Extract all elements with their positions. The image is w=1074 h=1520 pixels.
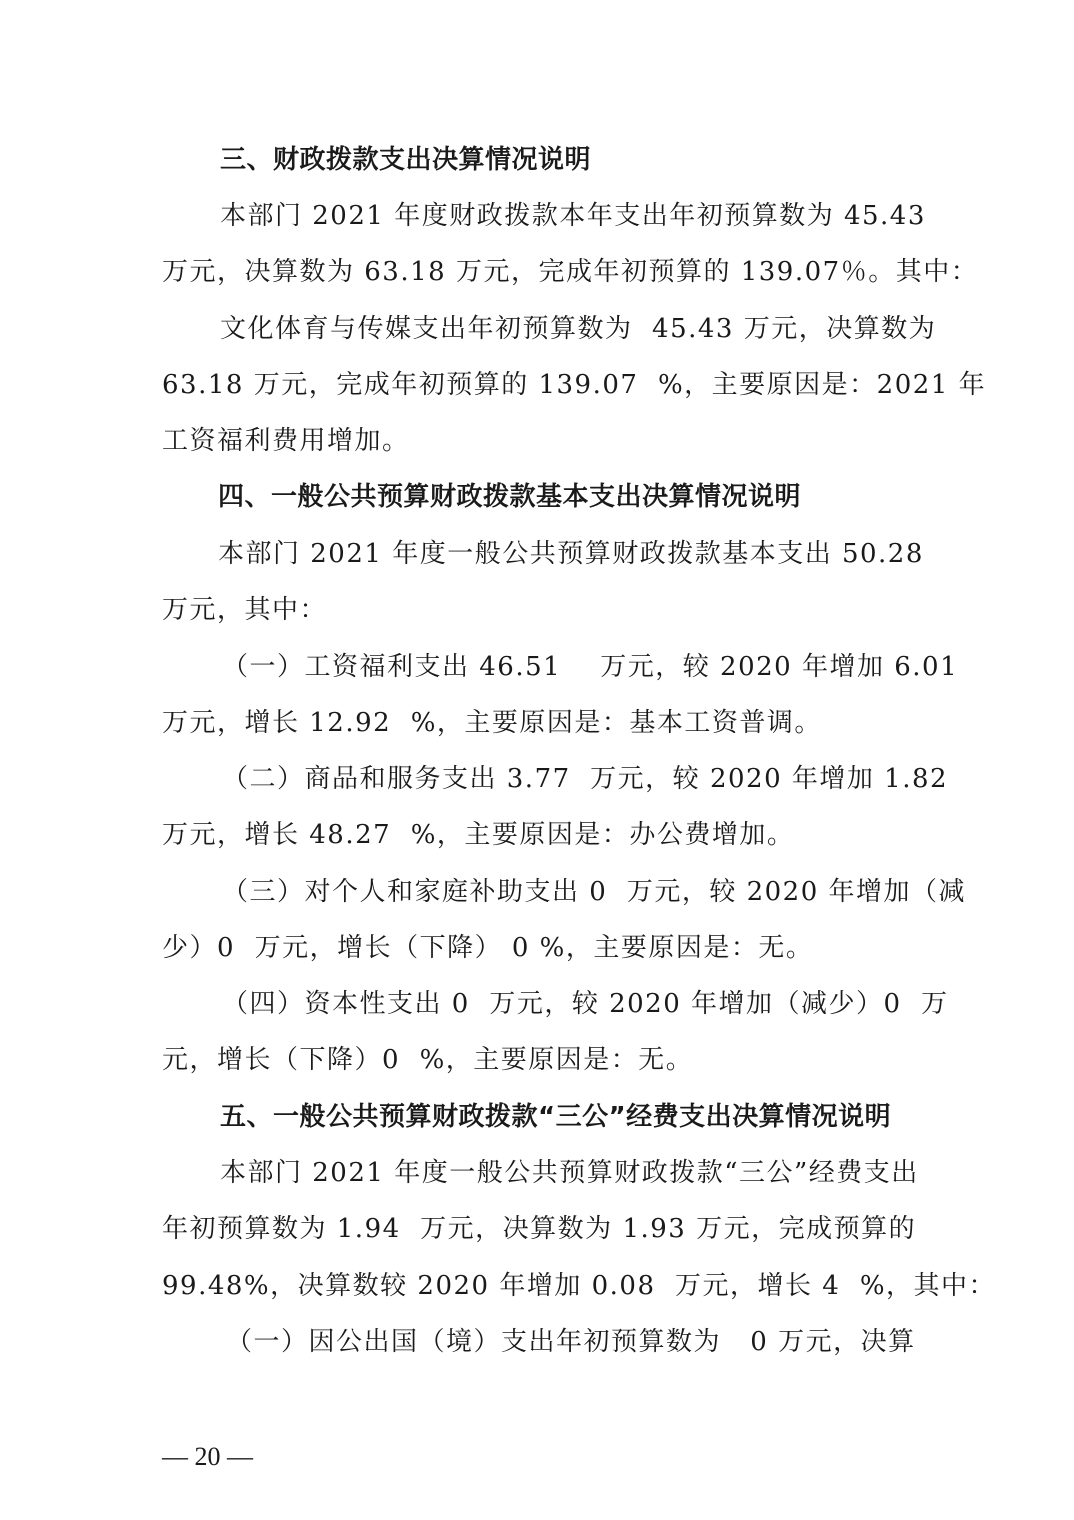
- paragraph-line: 万元，增长 12.92 %，主要原因是：基本工资普调。: [162, 706, 822, 740]
- section-heading-3: 三、财政拨款支出决算情况说明: [220, 143, 591, 177]
- paragraph-line: 63.18 万元，完成年初预算的 139.07 %，主要原因是：2021 年: [162, 368, 986, 402]
- paragraph-line: 文化体育与传媒支出年初预算数为 45.43 万元，决算数为: [220, 312, 936, 346]
- paragraph-line: （四）资本性支出 0 万元，较 2020 年增加（减少）0 万: [222, 987, 949, 1021]
- paragraph-line: 本部门 2021 年度一般公共预算财政拨款基本支出 50.28: [218, 537, 924, 571]
- page-number: — 20 —: [162, 1440, 253, 1474]
- paragraph-line: 本部门 2021 年度一般公共预算财政拨款“三公”经费支出: [220, 1156, 919, 1190]
- section-heading-5: 五、一般公共预算财政拨款“三公”经费支出决算情况说明: [220, 1100, 891, 1134]
- paragraph-line: 工资福利费用增加。: [162, 424, 410, 458]
- paragraph-line: 万元，其中：: [162, 593, 327, 627]
- paragraph-line: （一）因公出国（境）支出年初预算数为 0 万元，决算: [226, 1325, 916, 1359]
- paragraph-line: 万元，决算数为 63.18 万元，完成年初预算的 139.07％。其中：: [162, 255, 978, 289]
- paragraph-line: 万元，增长 48.27 %，主要原因是：办公费增加。: [162, 818, 794, 852]
- paragraph-line: （三）对个人和家庭补助支出 0 万元，较 2020 年增加（减: [222, 875, 966, 909]
- paragraph-line: 少）0 万元，增长（下降） 0 %，主要原因是：无。: [162, 931, 813, 965]
- paragraph-line: （一）工资福利支出 46.51 万元，较 2020 年增加 6.01: [222, 650, 958, 684]
- section-heading-4: 四、一般公共预算财政拨款基本支出决算情况说明: [218, 480, 801, 514]
- paragraph-line: 99.48%，决算数较 2020 年增加 0.08 万元，增长 4 %，其中：: [162, 1269, 996, 1303]
- paragraph-line: 年初预算数为 1.94 万元，决算数为 1.93 万元，完成预算的: [162, 1212, 916, 1246]
- paragraph-line: 元，增长（下降）0 %，主要原因是：无。: [162, 1043, 693, 1077]
- paragraph-line: 本部门 2021 年度财政拨款本年支出年初预算数为 45.43: [220, 199, 926, 233]
- paragraph-line: （二）商品和服务支出 3.77 万元，较 2020 年增加 1.82: [222, 762, 948, 796]
